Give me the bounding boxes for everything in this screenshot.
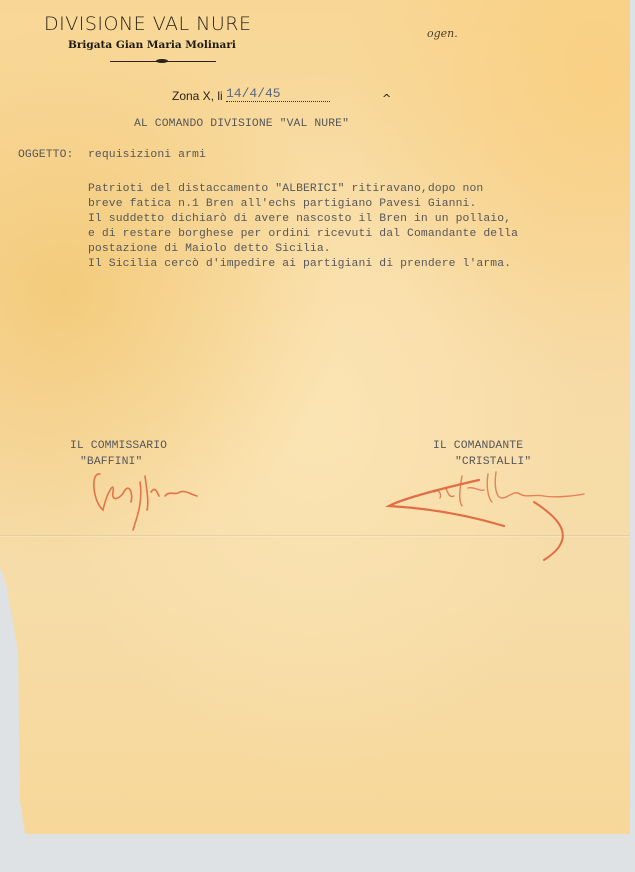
body-line: breve fatica n.1 Bren all'echs partigian…: [88, 198, 476, 210]
comandante-role: IL COMANDANTE: [433, 440, 523, 452]
subject-text: requisizioni armi: [88, 149, 206, 161]
body-line: Il Sicilia cercò d'impedire ai partigian…: [88, 258, 511, 270]
comandante-name: "CRISTALLI": [455, 456, 531, 468]
body-line: postazione di Maiolo detto Sicilia.: [88, 243, 331, 255]
comandante-signature: [384, 468, 594, 568]
subject-label: OGGETTO:: [18, 149, 73, 161]
caret-mark-icon: ^: [382, 92, 391, 105]
document-page: DIVISIONE VAL NURE Brigata Gian Maria Mo…: [0, 0, 630, 834]
marginal-note: ogen.: [427, 27, 458, 40]
letterhead-title: DIVISIONE VAL NURE: [44, 13, 251, 35]
date-label: Zona X, li: [172, 89, 223, 103]
recipient-line: AL COMANDO DIVISIONE "VAL NURE": [134, 118, 349, 130]
body-line: Il suddetto dichiarò di avere nascosto i…: [88, 213, 511, 225]
commissario-role: IL COMMISSARIO: [70, 440, 167, 452]
body-line: e di restare borghese per ordini ricevut…: [88, 228, 518, 240]
date-value: 14/4/45: [226, 86, 330, 102]
body-line: Patrioti del distaccamento "ALBERICI" ri…: [88, 183, 483, 195]
letterhead-divider: [110, 61, 216, 62]
letterhead-subtitle: Brigata Gian Maria Molinari: [68, 39, 236, 51]
commissario-signature: [85, 462, 225, 532]
